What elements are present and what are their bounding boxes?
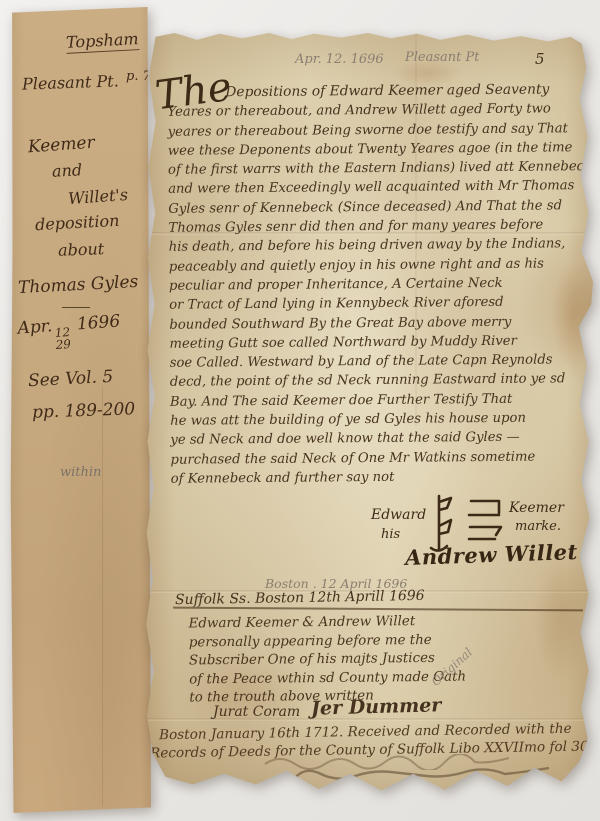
archive-label-strip: Topsham Pleasant Pt. p. 7 Keemer and Wil… bbox=[10, 7, 151, 813]
attestation-line: Subscriber One of his majts Justices bbox=[189, 650, 466, 671]
town-label: Topsham bbox=[66, 29, 139, 52]
deposition-body: The Depositions of Edward Keemer aged Se… bbox=[167, 80, 579, 489]
case-title-line: about bbox=[58, 239, 105, 260]
pages-ref: pp. 189-200 bbox=[32, 399, 136, 423]
case-title-line: deposition bbox=[35, 211, 120, 234]
subject-label: Thomas Gyles bbox=[18, 272, 139, 298]
date-fraction: 1229 bbox=[54, 326, 71, 351]
stain bbox=[533, 550, 593, 680]
street-label: Pleasant Pt. bbox=[22, 71, 119, 93]
manuscript-lines: Yeares or thereabout, and Andrew Willett… bbox=[167, 100, 578, 489]
marke-label: marke. bbox=[515, 519, 561, 534]
rule-line bbox=[173, 607, 583, 611]
keemer-mark-glyph bbox=[465, 495, 505, 547]
manuscript-line: purchased the said Neck of One Mr Watkin… bbox=[170, 447, 578, 470]
edward-label: Edward bbox=[371, 507, 426, 523]
opening-capital: The bbox=[153, 64, 234, 120]
pencil-date-note: Apr. 12. 1696 bbox=[295, 52, 384, 67]
pencil-within-note: within bbox=[60, 465, 101, 480]
manuscript-page: Apr. 12. 1696 Pleasant Pt 5 The Depositi… bbox=[143, 30, 593, 792]
faded-signature-scrawl bbox=[293, 766, 553, 784]
manuscript-page-wrap: Apr. 12. 1696 Pleasant Pt 5 The Depositi… bbox=[143, 30, 593, 792]
attestation-line: of the Peace wthin sd County made Oath bbox=[189, 668, 466, 689]
case-title-line: Willet's bbox=[67, 185, 128, 208]
subject-underline bbox=[62, 307, 90, 308]
date-note: Apr.1229 1696 bbox=[17, 311, 122, 353]
archive-label-strip-wrap: Topsham Pleasant Pt. p. 7 Keemer and Wil… bbox=[10, 7, 151, 813]
manuscript-line: peaceably and quietly enjoy in his owne … bbox=[169, 254, 577, 277]
page-number: 5 bbox=[535, 50, 545, 68]
manuscript-line: decd, the point of the sd Neck running E… bbox=[170, 370, 578, 393]
willet-signature: Andrew Willet bbox=[405, 539, 579, 570]
keemer-label: Keemer bbox=[509, 500, 564, 516]
strip-crease bbox=[102, 387, 103, 807]
case-title-line: and bbox=[52, 160, 83, 181]
scan-background: { "scan": { "page_number": "5", "pencil_… bbox=[0, 0, 600, 821]
jurat-signature: Jer Dummer bbox=[311, 694, 442, 719]
case-title-line: Keemer bbox=[27, 133, 95, 158]
suffolk-caption: Suffolk Ss. Boston 12th Aprill 1696 bbox=[175, 588, 425, 608]
volume-ref: See Vol. 5 bbox=[28, 367, 114, 391]
his-label: his bbox=[381, 527, 400, 542]
manuscript-line: of Kennebeck and further say not bbox=[171, 466, 579, 489]
attestation-block: Edward Keemer & Andrew Willetpersonally … bbox=[189, 613, 467, 708]
pencil-place-note: Pleasant Pt bbox=[405, 50, 479, 65]
jurat-caption: Jurat Coram bbox=[213, 704, 300, 720]
